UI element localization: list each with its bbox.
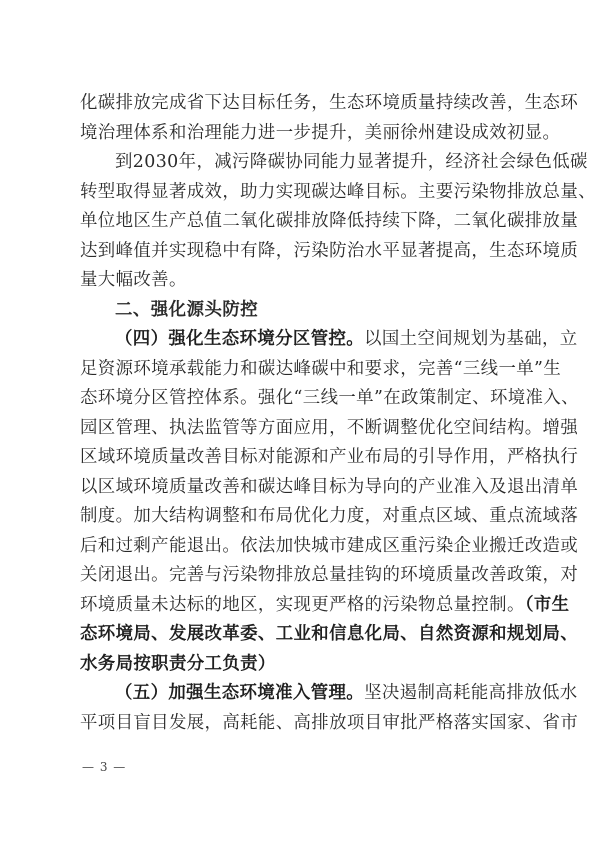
item-5-first-line: （五）加强生态环境准入管理。坚决遏制高耗能高排放低水 [115,678,522,708]
paragraph-line: 后和过剩产能退出。依法加快城市建成区重污染企业搬迁改造或 [80,531,522,561]
responsibility-note: （市生 [525,595,570,615]
responsibility-note: 态环境局、发展改革委、工业和信息化局、自然资源和规划局、 [80,619,522,649]
paragraph-line: 转型取得显著成效，助力实现碳达峰目标。主要污染物排放总量、 [80,177,522,207]
paragraph-line: 区域环境质量改善目标对能源和产业布局的引导作用，严格执行 [80,442,522,472]
paragraph-line: 园区管理、执法监管等方面应用，不断调整优化空间结构。增强 [80,413,522,443]
page-number: — 3 — [82,760,126,774]
paragraph-line: 化碳排放完成省下达目标任务，生态环境质量持续改善，生态环 [80,88,522,118]
paragraph-line: 环境质量未达标的地区，实现更严格的污染物总量控制。（市生 [80,590,522,620]
item-4-text: 以国土空间规划为基础，立 [364,329,578,349]
item-4-first-line: （四）强化生态环境分区管控。以国土空间规划为基础，立 [115,324,522,354]
paragraph-line: 境治理体系和治理能力进一步提升，美丽徐州建设成效初显。 [80,118,522,148]
item-4-text: 环境质量未达标的地区，实现更严格的污染物总量控制。 [80,595,525,615]
paragraph-line: 达到峰值并实现稳中有降，污染防治水平显著提高，生态环境质 [80,236,522,266]
paragraph-line: 量大幅改善。 [80,265,522,295]
item-5-text: 坚决遏制高耗能高排放低水 [364,683,578,703]
document-page: 化碳排放完成省下达目标任务，生态环境质量持续改善，生态环 境治理体系和治理能力进… [0,0,600,848]
item-5-title: （五）加强生态环境准入管理。 [115,683,364,703]
paragraph-line: 态环境分区管控体系。强化“三线一单”在政策制定、环境准入、 [80,383,522,413]
section-heading: 二、强化源头防控 [115,295,522,325]
paragraph-line: 关闭退出。完善与污染物排放总量挂钩的环境质量改善政策，对 [80,560,522,590]
responsibility-note: 水务局按职责分工负责） [80,649,522,679]
item-4-title: （四）强化生态环境分区管控。 [115,329,364,349]
paragraph-line: 单位地区生产总值二氧化碳排放降低持续下降，二氧化碳排放量 [80,206,522,236]
paragraph-line: 足资源环境承载能力和碳达峰碳中和要求，完善“三线一单”生 [80,354,522,384]
paragraph-line: 制度。加大结构调整和布局优化力度，对重点区域、重点流域落 [80,501,522,531]
paragraph-line: 以区域环境质量改善和碳达峰目标为导向的产业准入及退出清单 [80,472,522,502]
paragraph-line: 到2030年，减污降碳协同能力显著提升，经济社会绿色低碳 [115,147,522,177]
paragraph-line: 平项目盲目发展，高耗能、高排放项目审批严格落实国家、省市 [80,708,522,738]
